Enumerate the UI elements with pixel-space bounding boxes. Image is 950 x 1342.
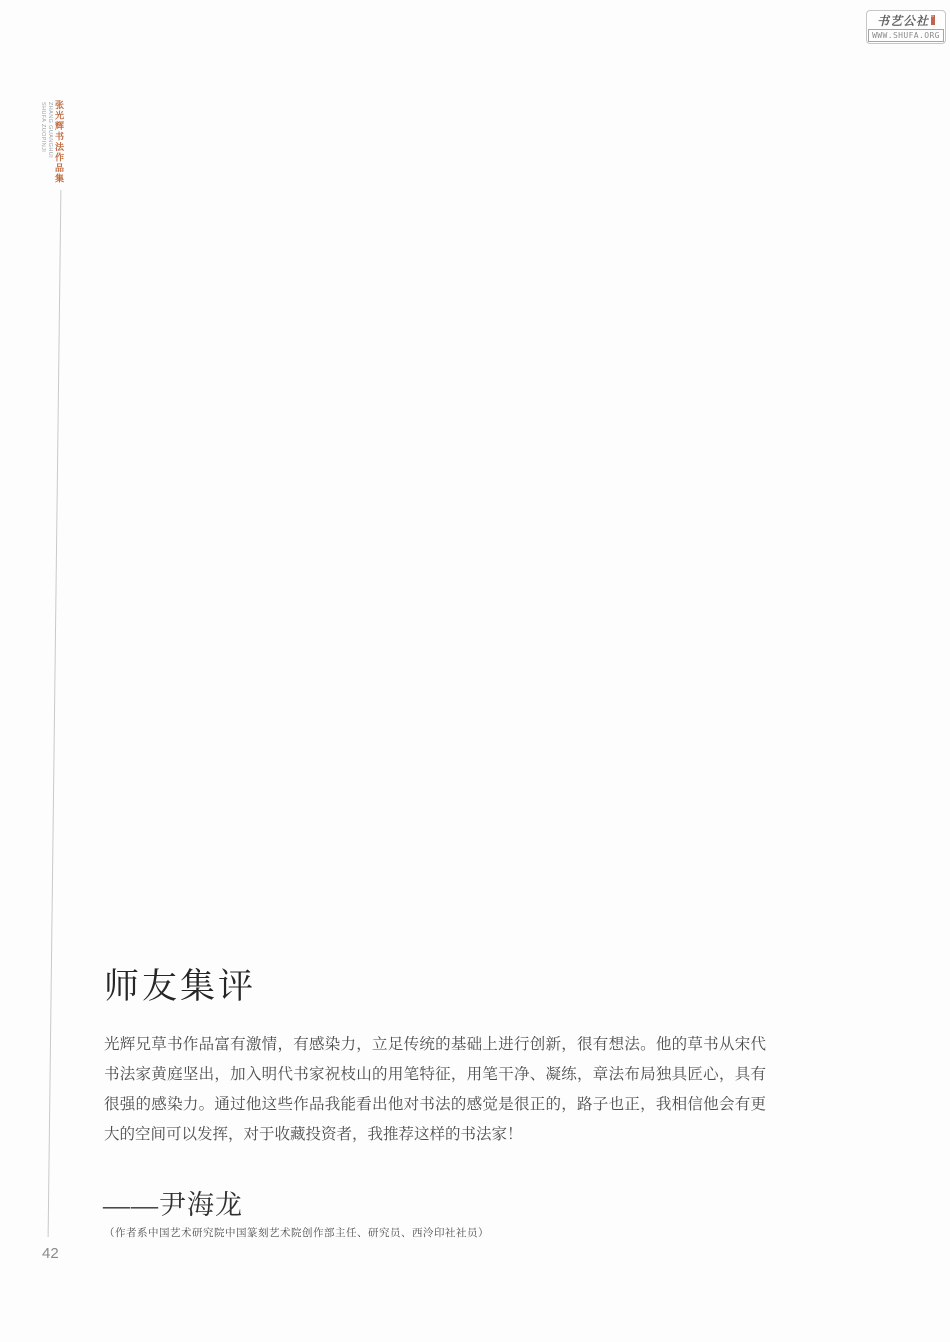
spine-title-chinese: 张光辉书法作品集 [53, 100, 66, 184]
section-heading: 师友集评 [104, 966, 256, 1008]
quote-line-4: 大的空间可以发挥，对于收藏投资者，我推荐这样的书法家！ [104, 1120, 766, 1150]
watermark-url: WWW.SHUFA.ORG [868, 29, 944, 42]
quote-line-1: 光辉兄草书作品富有激情，有感染力，立足传统的基础上进行创新，很有想法。他的草书从… [104, 1030, 766, 1060]
spine-vertical-rule [48, 190, 62, 1237]
attribution-note: （作者系中国艺术研究院中国篆刻艺术院创作部主任、研究员、西泠印社社员） [104, 1226, 489, 1240]
watermark-calligraphy-text: 书艺公社 [877, 12, 929, 29]
spine-title-romanized: ZHANG GUANGHUI SHUFA ZUOPINJI [39, 102, 53, 158]
quote-line-2: 书法家黄庭坚出，加入明代书家祝枝山的用笔特征，用笔干净、凝练，章法布局独具匠心，… [104, 1060, 766, 1090]
scanned-book-page: 书艺公社 印 WWW.SHUFA.ORG 张光辉书法作品集 ZHANG GUAN… [0, 0, 950, 1342]
watermark-calligraphy-row: 书艺公社 印 [868, 12, 944, 28]
quote-attribution: ——尹海龙 [103, 1188, 243, 1222]
red-seal-icon: 印 [931, 15, 935, 25]
shufa-org-watermark: 书艺公社 印 WWW.SHUFA.ORG [866, 10, 946, 44]
page-number: 42 [42, 1245, 59, 1262]
quote-line-3: 很强的感染力。通过他这些作品我能看出他对书法的感觉是很正的，路子也正，我相信他会… [104, 1090, 766, 1120]
quote-paragraph: 光辉兄草书作品富有激情，有感染力，立足传统的基础上进行创新，很有想法。他的草书从… [104, 1030, 766, 1150]
